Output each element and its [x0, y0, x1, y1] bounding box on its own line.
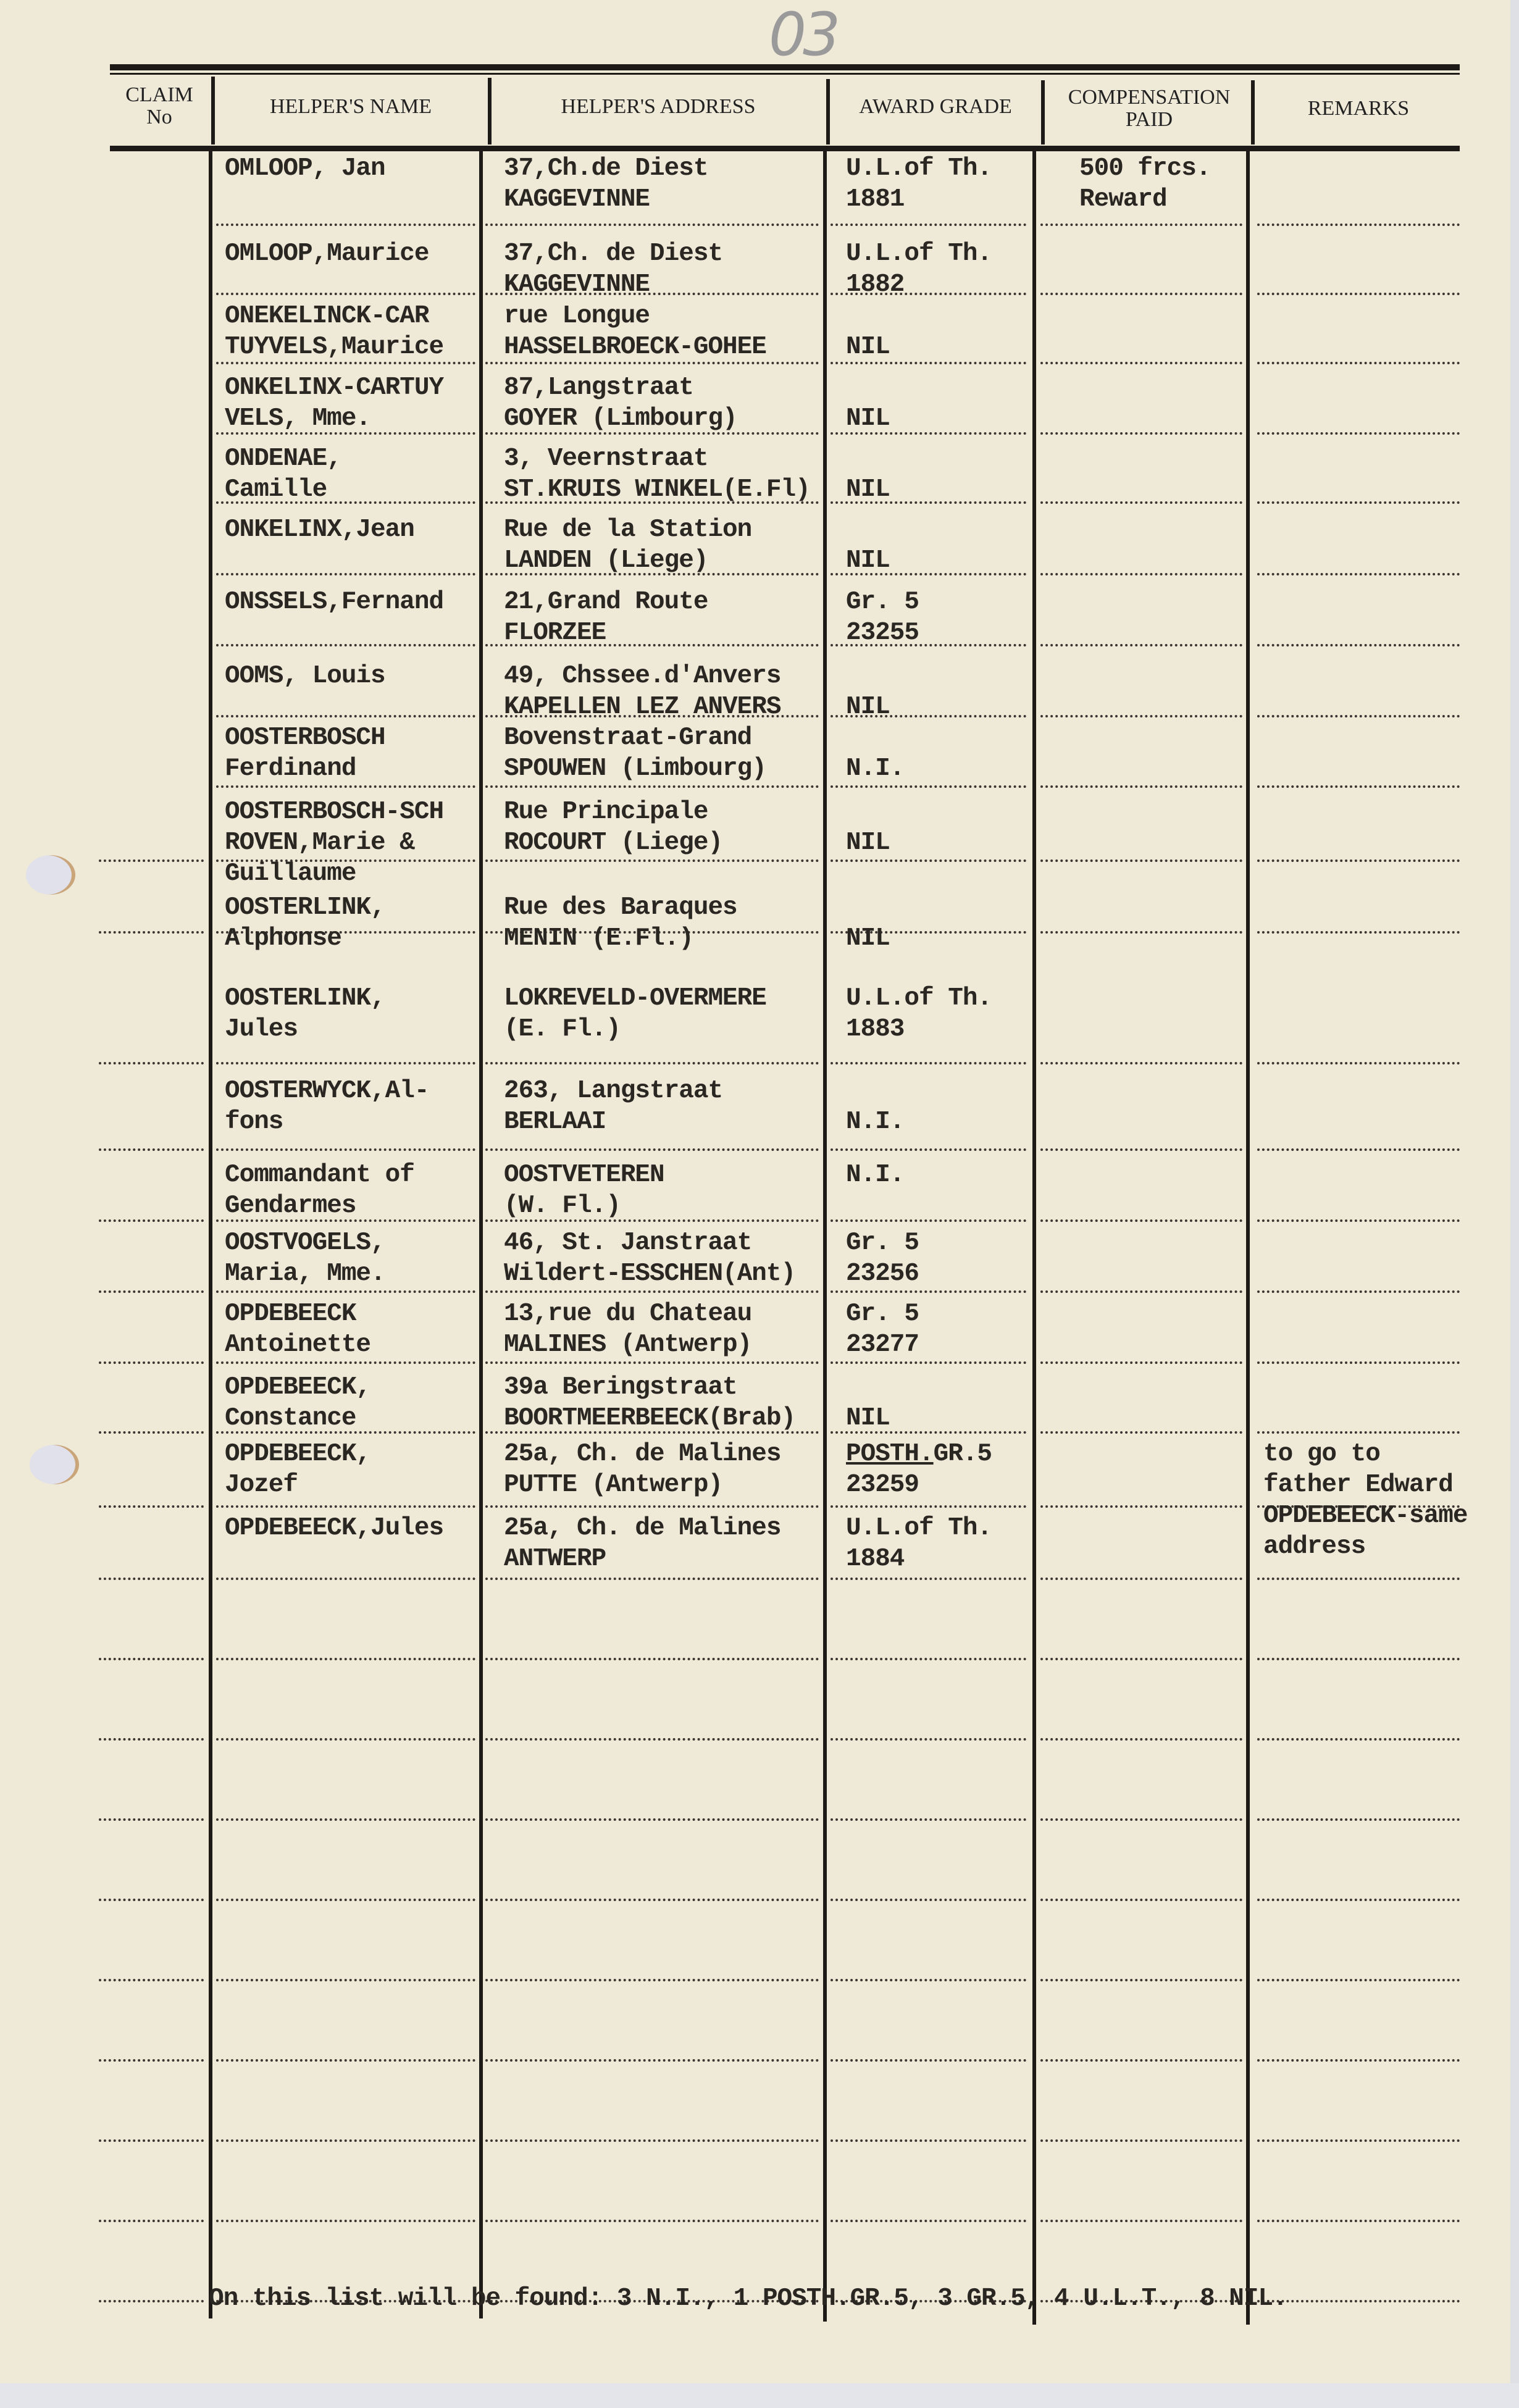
- row-divider: [1040, 1290, 1242, 1293]
- row-divider: [216, 1979, 475, 1981]
- name-text: OOSTERWYCK,Al-: [225, 1076, 429, 1106]
- address-text: FLORZEE: [504, 617, 606, 648]
- address-text: GOYER (Limbourg): [504, 403, 737, 434]
- name-text: ONSSELS,Fernand: [225, 587, 443, 617]
- header-helpers-address: HELPER'S ADDRESS: [492, 96, 825, 118]
- award-text: Gr. 5: [846, 1298, 919, 1329]
- address-text: Wildert-ESSCHEN(Ant): [504, 1258, 795, 1289]
- remarks-text: father Edward: [1263, 1469, 1453, 1500]
- header-address-label: HELPER'S ADDRESS: [492, 96, 825, 118]
- row-divider: [216, 1148, 475, 1151]
- award-text: 1884: [846, 1544, 904, 1574]
- address-text: ANTWERP: [504, 1544, 606, 1574]
- name-text: Alphonse: [225, 923, 341, 954]
- row-divider: [1040, 1578, 1242, 1580]
- address-text: Rue des Baraques: [504, 892, 737, 923]
- name-text: OPDEBEECK,: [225, 1372, 370, 1403]
- award-text: U.L.of Th.: [846, 153, 992, 184]
- row-divider: [1040, 1219, 1242, 1222]
- row-divider: [485, 1578, 819, 1580]
- header-award-grade: AWARD GRADE: [830, 96, 1041, 118]
- row-divider: [1040, 501, 1242, 504]
- row-divider: [1040, 1361, 1242, 1364]
- header-compensation-line1: COMPENSATION: [1046, 86, 1252, 109]
- header-remarks-label: REMARKS: [1257, 98, 1460, 120]
- row-divider: [1040, 1738, 1242, 1741]
- row-divider: [99, 2059, 204, 2062]
- name-text: Constance: [225, 1403, 356, 1434]
- name-text: fons: [225, 1106, 283, 1137]
- name-text: TUYVELS,Maurice: [225, 332, 443, 362]
- row-divider: [1040, 1505, 1242, 1508]
- row-divider: [1040, 1979, 1242, 1981]
- row-divider: [216, 1578, 475, 1580]
- award-text: 1883: [846, 1014, 904, 1045]
- row-divider: [831, 1979, 1026, 1981]
- header-helpers-name: HELPER'S NAME: [215, 96, 487, 118]
- row-divider: [485, 1505, 819, 1508]
- row-divider: [99, 1219, 204, 1222]
- name-text: OOSTVOGELS,: [225, 1227, 385, 1258]
- row-divider: [1257, 1658, 1460, 1660]
- row-divider: [216, 1899, 475, 1901]
- row-divider: [216, 224, 475, 226]
- row-divider: [99, 1899, 204, 1901]
- row-divider: [485, 1062, 819, 1064]
- row-divider: [1040, 859, 1242, 862]
- row-divider: [1257, 2059, 1460, 2062]
- row-divider: [99, 1505, 204, 1508]
- row-divider: [216, 2139, 475, 2142]
- award-text: N.I.: [846, 1160, 904, 1190]
- column-divider-address-award: [823, 151, 827, 2322]
- row-divider: [1257, 432, 1460, 435]
- name-text: VELS, Mme.: [225, 403, 370, 434]
- name-text: Ferdinand: [225, 753, 356, 784]
- address-text: 46, St. Janstraat: [504, 1227, 751, 1258]
- row-divider: [99, 1431, 204, 1434]
- header-divider-2: [488, 78, 492, 144]
- address-text: 37,Ch. de Diest: [504, 238, 722, 269]
- row-divider: [1040, 1818, 1242, 1821]
- row-divider: [1257, 715, 1460, 717]
- award-text: 23277: [846, 1329, 919, 1360]
- row-divider: [1040, 2220, 1242, 2222]
- name-text: Commandant of: [225, 1160, 414, 1190]
- row-divider: [1257, 2139, 1460, 2142]
- address-text: LOKREVELD-OVERMERE: [504, 983, 766, 1014]
- award-text: Gr. 5: [846, 1227, 919, 1258]
- award-text: 1882: [846, 269, 904, 300]
- name-text: OPDEBEECK: [225, 1298, 356, 1329]
- address-text: 263, Langstraat: [504, 1076, 722, 1106]
- row-divider: [1257, 501, 1460, 504]
- award-text: NIL: [846, 827, 890, 858]
- row-divider: [1257, 224, 1460, 226]
- row-divider: [99, 2220, 204, 2222]
- award-text: U.L.of Th.: [846, 238, 992, 269]
- row-divider: [1257, 1361, 1460, 1364]
- row-divider: [1257, 1818, 1460, 1821]
- row-divider: [216, 1361, 475, 1364]
- address-text: ROCOURT (Liege): [504, 827, 722, 858]
- row-divider: [1040, 2059, 1242, 2062]
- row-divider: [99, 2139, 204, 2142]
- row-divider: [485, 1899, 819, 1901]
- address-text: OOSTVETEREN: [504, 1160, 664, 1190]
- row-divider: [216, 644, 475, 646]
- row-divider: [485, 1979, 819, 1981]
- row-divider: [99, 1290, 204, 1293]
- name-text: ROVEN,Marie &: [225, 827, 414, 858]
- name-text: OOSTERBOSCH: [225, 722, 385, 753]
- row-divider: [485, 785, 819, 788]
- row-divider: [1040, 1899, 1242, 1901]
- header-compensation-paid: COMPENSATION PAID: [1046, 86, 1252, 131]
- name-text: OOSTERLINK,: [225, 983, 385, 1014]
- address-text: PUTTE (Antwerp): [504, 1469, 722, 1500]
- row-divider: [1257, 1578, 1460, 1580]
- row-divider: [831, 2059, 1026, 2062]
- remarks-text: address: [1263, 1531, 1365, 1562]
- name-text: OMLOOP,Maurice: [225, 238, 429, 269]
- row-divider: [831, 2220, 1026, 2222]
- row-divider: [1040, 644, 1242, 646]
- award-text: N.I.: [846, 753, 904, 784]
- award-text: 23256: [846, 1258, 919, 1289]
- row-divider: [216, 1505, 475, 1508]
- row-divider: [1257, 1148, 1460, 1151]
- row-divider: [1257, 644, 1460, 646]
- row-divider: [485, 1148, 819, 1151]
- header-claim-no: CLAIM No: [110, 84, 209, 128]
- address-text: 13,rue du Chateau: [504, 1298, 751, 1329]
- row-divider: [485, 1290, 819, 1293]
- remarks-text: to go to: [1263, 1439, 1380, 1469]
- row-divider: [831, 1818, 1026, 1821]
- address-text: 37,Ch.de Diest: [504, 153, 708, 184]
- header-divider-5: [1251, 80, 1255, 144]
- scan-edge: [1510, 0, 1519, 2408]
- award-text: NIL: [846, 692, 890, 722]
- row-divider: [1257, 2300, 1460, 2302]
- address-text: (E. Fl.): [504, 1014, 621, 1045]
- row-divider: [831, 2139, 1026, 2142]
- header-award-label: AWARD GRADE: [830, 96, 1041, 118]
- row-divider: [216, 1818, 475, 1821]
- name-text: OMLOOP, Jan: [225, 153, 385, 184]
- row-divider: [216, 2220, 475, 2222]
- punch-hole-top: [26, 855, 75, 895]
- row-divider: [485, 859, 819, 862]
- address-text: Rue Principale: [504, 796, 708, 827]
- header-top-thin-rule: [110, 73, 1460, 75]
- address-text: SPOUWEN (Limbourg): [504, 753, 766, 784]
- address-text: MENIN (E.Fl.): [504, 923, 693, 954]
- row-divider: [831, 1658, 1026, 1660]
- address-text: BERLAAI: [504, 1106, 606, 1137]
- address-text: ST.KRUIS WINKEL(E.Fl): [504, 474, 810, 505]
- row-divider: [485, 2059, 819, 2062]
- column-divider-name-address: [479, 151, 483, 2318]
- header-top-thick-rule: [110, 64, 1460, 70]
- name-text: Guillaume: [225, 858, 356, 889]
- row-divider: [216, 573, 475, 575]
- address-text: BOORTMEERBEECK(Brab): [504, 1403, 795, 1434]
- column-divider-award-compensation: [1032, 151, 1036, 2325]
- row-divider: [485, 224, 819, 226]
- award-text: N.I.: [846, 1106, 904, 1137]
- row-divider: [99, 1738, 204, 1741]
- punch-hole-bottom: [30, 1445, 79, 1484]
- row-divider: [485, 1818, 819, 1821]
- header-compensation-line2: PAID: [1046, 109, 1252, 131]
- row-divider: [831, 859, 1026, 862]
- name-text: ONEKELINCK-CAR: [225, 301, 429, 332]
- address-text: MALINES (Antwerp): [504, 1329, 751, 1360]
- row-divider: [485, 1361, 819, 1364]
- row-divider: [485, 1658, 819, 1660]
- row-divider: [1040, 573, 1242, 575]
- header-claim-line2: No: [110, 106, 209, 128]
- row-divider: [831, 224, 1026, 226]
- row-divider: [1257, 1899, 1460, 1901]
- address-text: KAGGEVINNE: [504, 184, 650, 215]
- name-text: Maria, Mme.: [225, 1258, 385, 1289]
- row-divider: [831, 1290, 1026, 1293]
- row-divider: [99, 1361, 204, 1364]
- name-text: Jozef: [225, 1469, 298, 1500]
- row-divider: [1257, 362, 1460, 364]
- row-divider: [485, 1738, 819, 1741]
- row-divider: [1040, 931, 1242, 934]
- award-text: NIL: [846, 403, 890, 434]
- row-divider: [216, 785, 475, 788]
- compensation-text: Reward: [1079, 184, 1167, 215]
- header-remarks: REMARKS: [1257, 98, 1460, 120]
- address-text: 87,Langstraat: [504, 372, 693, 403]
- row-divider: [1257, 293, 1460, 295]
- award-text: 23259: [846, 1469, 919, 1500]
- address-text: 25a, Ch. de Malines: [504, 1513, 780, 1544]
- row-divider: [831, 1505, 1026, 1508]
- row-divider: [831, 1062, 1026, 1064]
- award-text: NIL: [846, 545, 890, 576]
- row-divider: [1040, 1148, 1242, 1151]
- column-divider-compensation-remarks: [1246, 151, 1250, 2325]
- address-text: Bovenstraat-Grand: [504, 722, 751, 753]
- summary-footer: On this list will be found: 3 N.I., 1 PO…: [209, 2285, 1287, 2313]
- row-divider: [99, 1818, 204, 1821]
- award-text: Gr. 5: [846, 587, 919, 617]
- award-text: POSTH.GR.5: [846, 1439, 992, 1469]
- row-divider: [1257, 1219, 1460, 1222]
- row-divider: [99, 2300, 204, 2302]
- remarks-text: OPDEBEECK-same: [1263, 1500, 1467, 1531]
- address-text: 39a Beringstraat: [504, 1372, 737, 1403]
- row-divider: [831, 1578, 1026, 1580]
- name-text: Gendarmes: [225, 1190, 356, 1221]
- row-divider: [1040, 715, 1242, 717]
- award-text: NIL: [846, 923, 890, 954]
- page-number: 03: [769, 0, 837, 69]
- row-divider: [1257, 2220, 1460, 2222]
- row-divider: [1257, 859, 1460, 862]
- row-divider: [216, 2059, 475, 2062]
- name-text: OPDEBEECK,: [225, 1439, 370, 1469]
- name-text: OOSTERLINK,: [225, 892, 385, 923]
- row-divider: [831, 1738, 1026, 1741]
- row-divider: [1040, 1431, 1242, 1434]
- row-divider: [1257, 1431, 1460, 1434]
- column-divider-claim-name: [209, 151, 212, 2318]
- row-divider: [99, 859, 204, 862]
- award-text: U.L.of Th.: [846, 983, 992, 1014]
- address-text: KAGGEVINNE: [504, 269, 650, 300]
- row-divider: [1040, 224, 1242, 226]
- row-divider: [1040, 785, 1242, 788]
- row-divider: [99, 1148, 204, 1151]
- row-divider: [485, 2139, 819, 2142]
- row-divider: [99, 1578, 204, 1580]
- row-divider: [1040, 1062, 1242, 1064]
- row-divider: [1040, 362, 1242, 364]
- address-text: (W. Fl.): [504, 1190, 621, 1221]
- name-text: OOSTERBOSCH-SCH: [225, 796, 443, 827]
- row-divider: [831, 1219, 1026, 1222]
- award-text: 23255: [846, 617, 919, 648]
- row-divider: [1040, 432, 1242, 435]
- row-divider: [99, 1658, 204, 1660]
- scan-bottom-edge: [0, 2383, 1519, 2408]
- row-divider: [99, 1062, 204, 1064]
- address-text: 25a, Ch. de Malines: [504, 1439, 780, 1469]
- name-text: Jules: [225, 1014, 298, 1045]
- row-divider: [216, 715, 475, 717]
- row-divider: [831, 1148, 1026, 1151]
- row-divider: [1257, 1738, 1460, 1741]
- row-divider: [831, 1899, 1026, 1901]
- address-text: Rue de la Station: [504, 514, 751, 545]
- row-divider: [99, 931, 204, 934]
- address-text: rue Longue: [504, 301, 650, 332]
- header-name-label: HELPER'S NAME: [215, 96, 487, 118]
- name-text: Camille: [225, 474, 327, 505]
- name-text: OPDEBEECK,Jules: [225, 1513, 443, 1544]
- award-text: U.L.of Th.: [846, 1513, 992, 1544]
- header-bottom-thick-rule: [110, 146, 1460, 151]
- row-divider: [1040, 1658, 1242, 1660]
- row-divider: [99, 1979, 204, 1981]
- address-text: KAPELLEN LEZ ANVERS: [504, 692, 780, 722]
- address-text: 21,Grand Route: [504, 587, 708, 617]
- name-text: Antoinette: [225, 1329, 370, 1360]
- row-divider: [1257, 573, 1460, 575]
- row-divider: [1257, 1290, 1460, 1293]
- name-text: ONDENAE,: [225, 443, 341, 474]
- row-divider: [485, 2220, 819, 2222]
- address-text: LANDEN (Liege): [504, 545, 708, 576]
- address-text: 49, Chssee.d'Anvers: [504, 661, 780, 692]
- header-divider-3: [826, 79, 830, 144]
- row-divider: [1257, 785, 1460, 788]
- row-divider: [1257, 931, 1460, 934]
- award-text: NIL: [846, 332, 890, 362]
- row-divider: [216, 1738, 475, 1741]
- award-text: 1881: [846, 184, 904, 215]
- row-divider: [831, 785, 1026, 788]
- row-divider: [1257, 1062, 1460, 1064]
- address-text: HASSELBROECK-GOHEE: [504, 332, 766, 362]
- award-text: NIL: [846, 474, 890, 505]
- row-divider: [1040, 2139, 1242, 2142]
- name-text: ONKELINX-CARTUY: [225, 372, 443, 403]
- address-text: 3, Veernstraat: [504, 443, 708, 474]
- name-text: OOMS, Louis: [225, 661, 385, 692]
- header-claim-line1: CLAIM: [110, 84, 209, 106]
- row-divider: [1040, 293, 1242, 295]
- row-divider: [216, 1062, 475, 1064]
- header-divider-1: [211, 77, 215, 144]
- name-text: ONKELINX,Jean: [225, 514, 414, 545]
- row-divider: [216, 1658, 475, 1660]
- row-divider: [831, 1361, 1026, 1364]
- row-divider: [216, 293, 475, 295]
- compensation-text: 500 frcs.: [1079, 153, 1210, 184]
- award-text: NIL: [846, 1403, 890, 1434]
- row-divider: [216, 1290, 475, 1293]
- row-divider: [1257, 1979, 1460, 1981]
- header-divider-4: [1041, 80, 1045, 144]
